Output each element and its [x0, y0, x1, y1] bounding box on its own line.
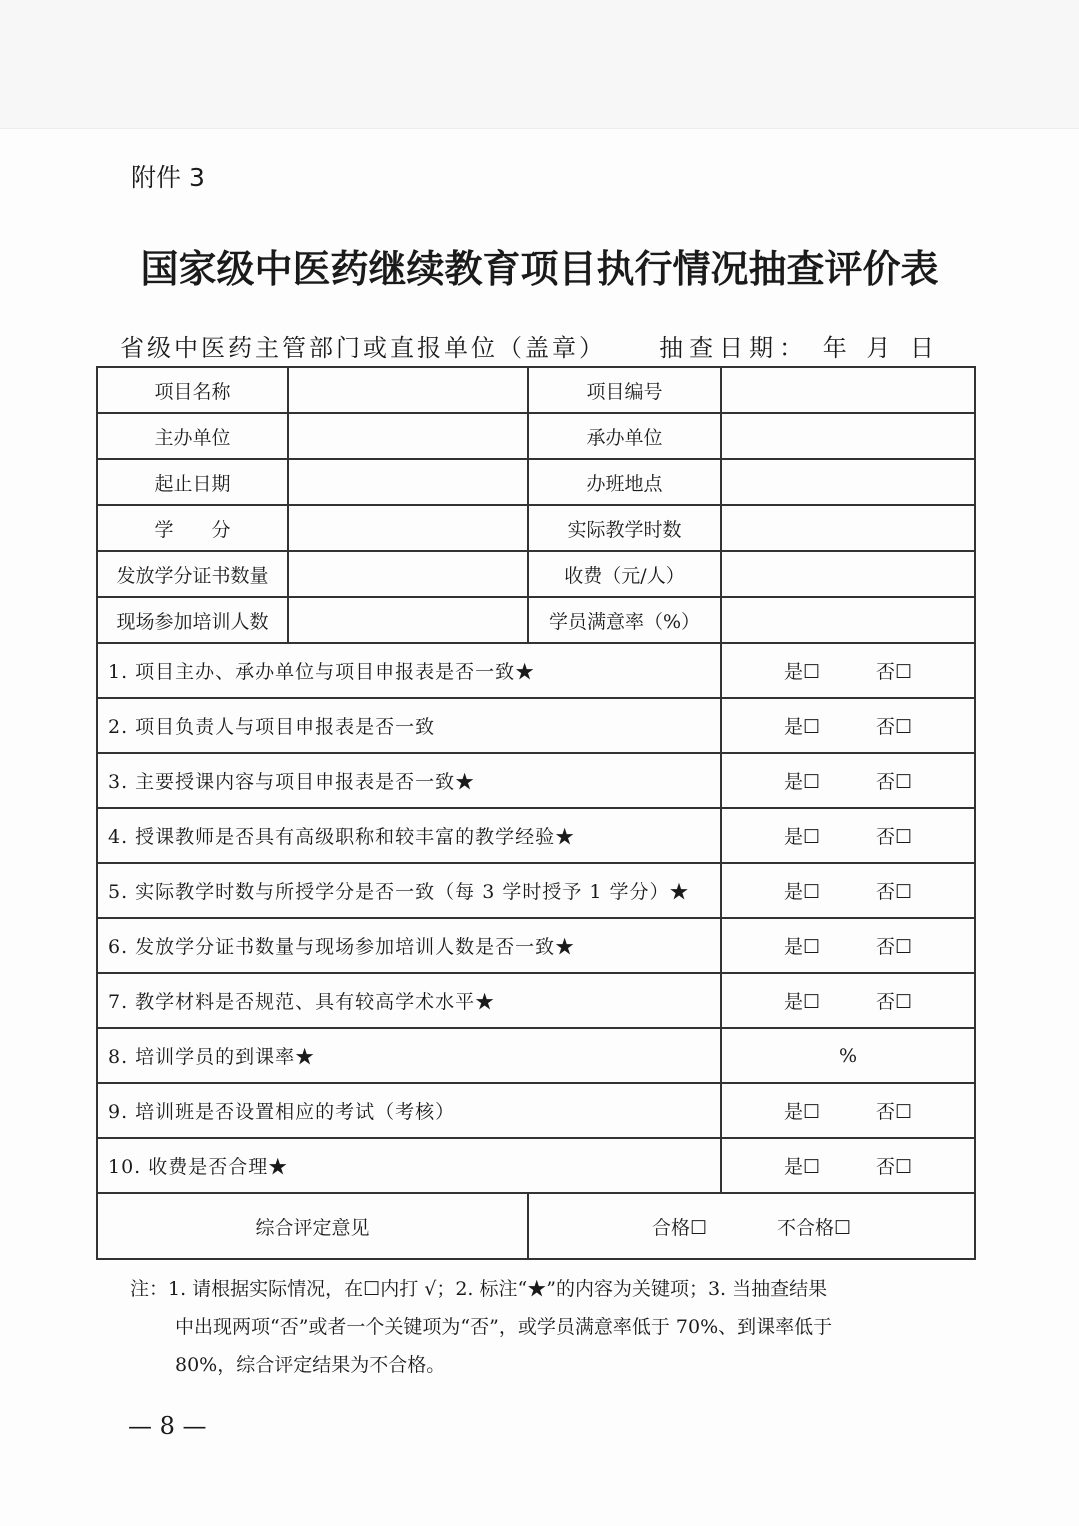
- satisfaction-rate-field[interactable]: [721, 597, 975, 643]
- info-label: 现场参加培训人数: [97, 597, 288, 643]
- info-label: 实际教学时数: [528, 505, 721, 551]
- info-row: 学 分 实际教学时数: [97, 505, 975, 551]
- overall-evaluation-row: 综合评定意见 合格☐不合格☐: [97, 1193, 975, 1259]
- checklist-question: 7. 教学材料是否规范、具有较高学术水平★: [97, 973, 721, 1028]
- no-checkbox[interactable]: 否☐: [876, 822, 912, 849]
- project-number-field[interactable]: [721, 367, 975, 413]
- no-checkbox[interactable]: 否☐: [876, 932, 912, 959]
- info-label: 学 分: [97, 505, 288, 551]
- checklist-row: 7. 教学材料是否规范、具有较高学术水平★ 是☐否☐: [97, 973, 975, 1028]
- checklist-question: 10. 收费是否合理★: [97, 1138, 721, 1193]
- yes-checkbox[interactable]: 是☐: [784, 822, 820, 849]
- info-row: 现场参加培训人数 学员满意率（%）: [97, 597, 975, 643]
- organizer-unit-field[interactable]: [721, 413, 975, 459]
- yes-checkbox[interactable]: 是☐: [784, 712, 820, 739]
- footnote-line-3: 80%，综合评定结果为不合格。: [130, 1346, 960, 1384]
- info-label: 承办单位: [528, 413, 721, 459]
- checklist-question: 8. 培训学员的到课率★: [97, 1028, 721, 1083]
- checklist-row: 8. 培训学员的到课率★ %: [97, 1028, 975, 1083]
- footnote: 注：1. 请根据实际情况，在☐内打 √；2. 标注“★”的内容为关键项；3. 当…: [130, 1270, 960, 1384]
- yes-checkbox[interactable]: 是☐: [784, 877, 820, 904]
- footnote-line-1: 注：1. 请根据实际情况，在☐内打 √；2. 标注“★”的内容为关键项；3. 当…: [130, 1278, 827, 1300]
- project-name-field[interactable]: [288, 367, 528, 413]
- info-label: 项目名称: [97, 367, 288, 413]
- info-row: 项目名称 项目编号: [97, 367, 975, 413]
- attendees-field[interactable]: [288, 597, 528, 643]
- venue-field[interactable]: [721, 459, 975, 505]
- checklist-row: 1. 项目主办、承办单位与项目申报表是否一致★ 是☐否☐: [97, 643, 975, 698]
- yes-checkbox[interactable]: 是☐: [784, 932, 820, 959]
- scan-top-band: [0, 0, 1079, 129]
- sub-header: 省级中医药主管部门或直报单位（盖章） 抽查日期： 年 月 日: [120, 328, 940, 363]
- teaching-hours-field[interactable]: [721, 505, 975, 551]
- no-checkbox[interactable]: 否☐: [876, 712, 912, 739]
- certificates-issued-field[interactable]: [288, 551, 528, 597]
- checklist-question: 9. 培训班是否设置相应的考试（考核）: [97, 1083, 721, 1138]
- checklist-question: 4. 授课教师是否具有高级职称和较丰富的教学经验★: [97, 808, 721, 863]
- no-checkbox[interactable]: 否☐: [876, 1152, 912, 1179]
- fee-field[interactable]: [721, 551, 975, 597]
- evaluation-form-table: 项目名称 项目编号 主办单位 承办单位 起止日期 办班地点 学 分 实际教学时数…: [96, 366, 976, 1260]
- yes-checkbox[interactable]: 是☐: [784, 1152, 820, 1179]
- no-checkbox[interactable]: 否☐: [876, 1097, 912, 1124]
- overall-evaluation-label: 综合评定意见: [97, 1193, 528, 1259]
- credits-field[interactable]: [288, 505, 528, 551]
- footnote-line-2: 中出现两项“否”或者一个关键项为“否”，或学员满意率低于 70%、到课率低于: [130, 1308, 960, 1346]
- checklist-row: 3. 主要授课内容与项目申报表是否一致★ 是☐否☐: [97, 753, 975, 808]
- checklist-question: 2. 项目负责人与项目申报表是否一致: [97, 698, 721, 753]
- inspection-date-label: 抽查日期： 年 月 日: [659, 328, 940, 363]
- yes-checkbox[interactable]: 是☐: [784, 987, 820, 1014]
- checklist-question: 6. 发放学分证书数量与现场参加培训人数是否一致★: [97, 918, 721, 973]
- date-range-field[interactable]: [288, 459, 528, 505]
- pass-checkbox[interactable]: 合格☐: [652, 1213, 707, 1240]
- checklist-row: 6. 发放学分证书数量与现场参加培训人数是否一致★ 是☐否☐: [97, 918, 975, 973]
- info-label: 发放学分证书数量: [97, 551, 288, 597]
- yes-checkbox[interactable]: 是☐: [784, 1097, 820, 1124]
- no-checkbox[interactable]: 否☐: [876, 767, 912, 794]
- checklist-row: 5. 实际教学时数与所授学分是否一致（每 3 学时授予 1 学分）★ 是☐否☐: [97, 863, 975, 918]
- page-number: — 8 —: [128, 1412, 207, 1440]
- attendance-rate-field[interactable]: %: [721, 1028, 975, 1083]
- checklist-question: 3. 主要授课内容与项目申报表是否一致★: [97, 753, 721, 808]
- attachment-label: 附件 3: [131, 158, 205, 194]
- checklist-row: 10. 收费是否合理★ 是☐否☐: [97, 1138, 975, 1193]
- yes-checkbox[interactable]: 是☐: [784, 657, 820, 684]
- host-unit-field[interactable]: [288, 413, 528, 459]
- info-label: 项目编号: [528, 367, 721, 413]
- info-row: 起止日期 办班地点: [97, 459, 975, 505]
- checklist-question: 5. 实际教学时数与所授学分是否一致（每 3 学时授予 1 学分）★: [97, 863, 721, 918]
- yes-checkbox[interactable]: 是☐: [784, 767, 820, 794]
- info-label: 办班地点: [528, 459, 721, 505]
- no-checkbox[interactable]: 否☐: [876, 657, 912, 684]
- info-row: 主办单位 承办单位: [97, 413, 975, 459]
- no-checkbox[interactable]: 否☐: [876, 877, 912, 904]
- no-checkbox[interactable]: 否☐: [876, 987, 912, 1014]
- info-label: 主办单位: [97, 413, 288, 459]
- page-title: 国家级中医药继续教育项目执行情况抽查评价表: [0, 238, 1079, 293]
- checklist-row: 2. 项目负责人与项目申报表是否一致 是☐否☐: [97, 698, 975, 753]
- fail-checkbox[interactable]: 不合格☐: [777, 1213, 851, 1240]
- checklist-row: 4. 授课教师是否具有高级职称和较丰富的教学经验★ 是☐否☐: [97, 808, 975, 863]
- unit-label: 省级中医药主管部门或直报单位（盖章）: [120, 328, 606, 363]
- info-label: 起止日期: [97, 459, 288, 505]
- checklist-row: 9. 培训班是否设置相应的考试（考核） 是☐否☐: [97, 1083, 975, 1138]
- info-label: 学员满意率（%）: [528, 597, 721, 643]
- checklist-question: 1. 项目主办、承办单位与项目申报表是否一致★: [97, 643, 721, 698]
- info-row: 发放学分证书数量 收费（元/人）: [97, 551, 975, 597]
- info-label: 收费（元/人）: [528, 551, 721, 597]
